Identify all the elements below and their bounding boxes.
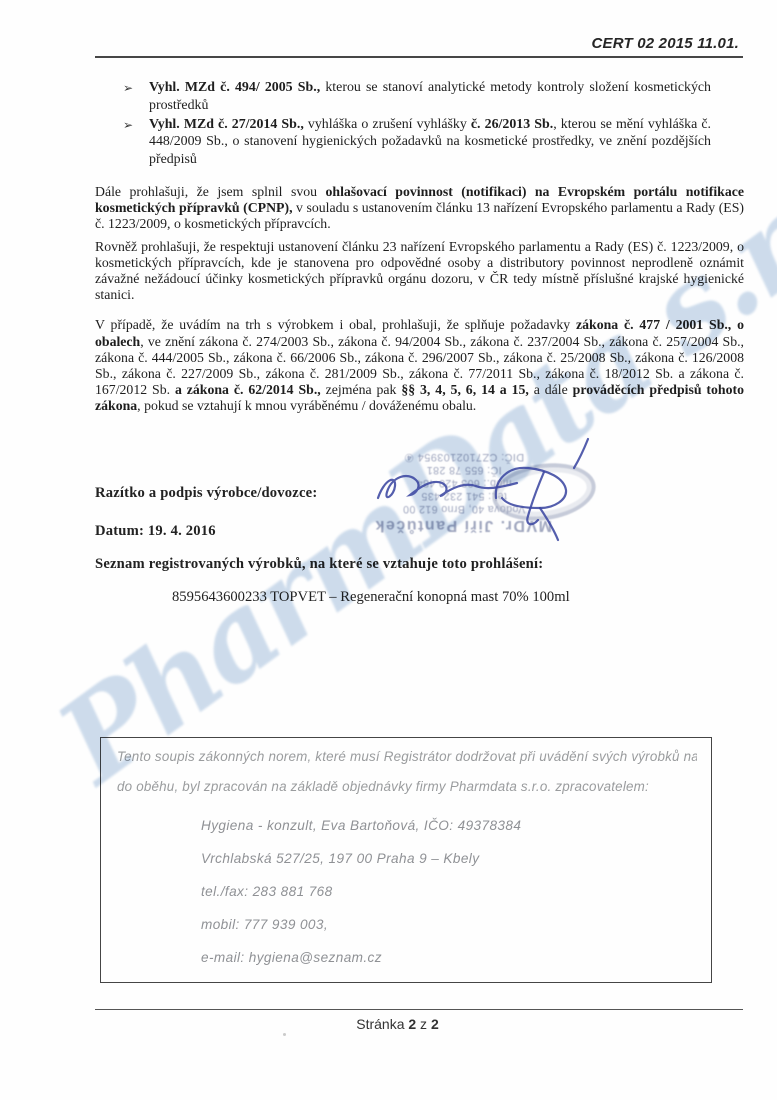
signature-ink [358, 428, 603, 553]
contact-address-line: Vrchlabská 527/25, 197 00 Praha 9 – Kbel… [201, 849, 711, 868]
list-item-text: Vyhl. MZd č. 494/ 2005 Sb., kterou se st… [149, 79, 711, 115]
arrow-bullet-icon: ➢ [123, 79, 149, 115]
paragraph-notification: Dále prohlašuji, že jsem splnil svou ohl… [95, 184, 744, 233]
contact-company-line: Hygiena - konzult, Eva Bartoňová, IČO: 4… [201, 816, 711, 835]
stamp-signature-label: Razítko a podpis výrobce/dovozce: [95, 485, 317, 502]
page-footer: Stránka 2 z 2 [0, 1016, 777, 1032]
doc-code: CERT 02 2015 11.01. [591, 35, 739, 52]
contact-telfax-line: tel./fax: 283 881 768 [201, 882, 711, 901]
paragraph-packaging: V případě, že uvádím na trh s výrobkem i… [95, 317, 744, 414]
contact-mobile-line: mobil: 777 939 003, [201, 915, 711, 934]
arrow-bullet-icon: ➢ [123, 116, 149, 169]
box-intro-line: Tento soupis zákonných norem, které musí… [117, 746, 697, 768]
header-rule [95, 56, 743, 58]
regulation-list: ➢ Vyhl. MZd č. 494/ 2005 Sb., kterou se … [123, 79, 711, 170]
signature-loop-descender [527, 472, 544, 524]
products-heading: Seznam registrovaných výrobků, na které … [95, 556, 543, 573]
list-item-text: Vyhl. MZd č. 27/2014 Sb., vyhláška o zru… [149, 116, 711, 169]
processor-box: Tento soupis zákonných norem, které musí… [100, 737, 712, 983]
list-item: ➢ Vyhl. MZd č. 27/2014 Sb., vyhláška o z… [123, 116, 711, 169]
contact-email-line: e-mail: hygiena@seznam.cz [201, 948, 711, 967]
signature-slash-stroke [574, 439, 588, 468]
date-line: Datum: 19. 4. 2016 [95, 523, 216, 540]
signature-tail-stroke [540, 508, 558, 540]
document-page: PharmData s.r.o. CERT 02 2015 11.01. ➢ V… [0, 0, 777, 1100]
product-line: 8595643600233 TOPVET – Regenerační konop… [172, 589, 570, 606]
scan-speck [283, 1033, 286, 1036]
list-item: ➢ Vyhl. MZd č. 494/ 2005 Sb., kterou se … [123, 79, 711, 115]
footer-rule [95, 1009, 743, 1010]
declaration-paragraphs: Dále prohlašuji, že jsem splnil svou ohl… [95, 184, 744, 415]
box-intro-line: do oběhu, byl zpracován na základě objed… [117, 776, 697, 798]
paragraph-article23: Rovněž prohlašuji, že respektuji ustanov… [95, 239, 744, 304]
signature-loop-stroke [496, 468, 566, 508]
